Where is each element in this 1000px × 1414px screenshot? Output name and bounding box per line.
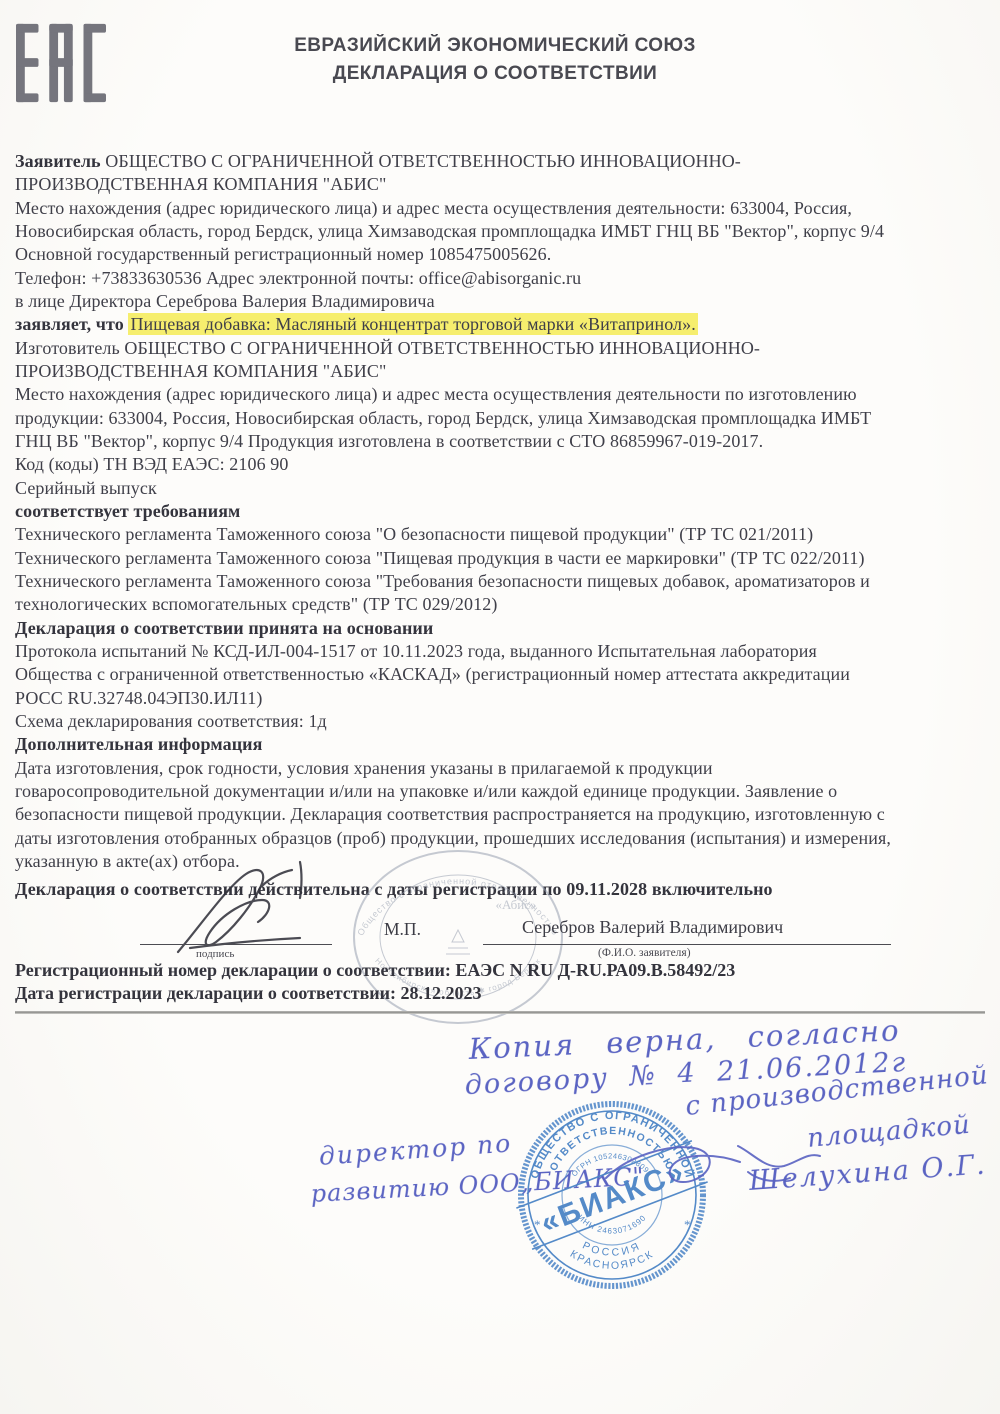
doc-line: Общества с ограниченной ответственностью… [15,663,993,686]
document-title: ЕВРАЗИЙСКИЙ ЭКОНОМИЧЕСКИЙ СОЮЗ ДЕКЛАРАЦИ… [250,32,740,88]
highlighted-product-text: Пищевая добавка: Масляный концентрат тор… [128,313,697,335]
declaration-document: ЕВРАЗИЙСКИЙ ЭКОНОМИЧЕСКИЙ СОЮЗ ДЕКЛАРАЦИ… [0,0,1000,1414]
doc-line: Телефон: +73833630536 Адрес электронной … [15,267,993,290]
doc-line: Декларация о соответствии принята на осн… [15,617,993,640]
biaks-stamp-star-left: * [534,1217,541,1232]
doc-line: ГНЦ ВБ "Вектор", корпус 9/4 Продукция из… [15,430,993,453]
doc-line: Код (коды) ТН ВЭД ЕАЭС: 2106 90 [15,453,993,476]
title-declaration: ДЕКЛАРАЦИЯ О СООТВЕТСТВИИ [250,60,740,88]
doc-line: в лице Директора Сереброва Валерия Влади… [15,290,993,313]
doc-line: технологических вспомогательных средств"… [15,593,993,616]
doc-line: безопасности пищевой продукции. Декларац… [15,803,993,826]
eac-logo-icon [16,20,106,106]
biaks-signature [598,1126,828,1206]
doc-line: Место нахождения (адрес юридического лиц… [15,383,993,406]
doc-line: РОСС RU.32748.04ЭП30.ИЛ11) [15,687,993,710]
doc-line: Дата изготовления, срок годности, услови… [15,757,993,780]
doc-line: Основной государственный регистрационный… [15,243,993,266]
doc-line-highlighted: заявляет, что Пищевая добавка: Масляный … [15,313,993,336]
doc-line: Технического регламента Таможенного союз… [15,523,993,546]
doc-line: Изготовитель ОБЩЕСТВО С ОГРАНИЧЕННОЙ ОТВ… [15,337,993,360]
stamp-place-label: М.П. [384,919,421,940]
applicant-signature [150,856,350,961]
applicant-name: Серебров Валерий Владимирович [522,917,783,938]
doc-line: Место нахождения (адрес юридического лиц… [15,197,993,220]
doc-line: Дополнительная информация [15,733,993,756]
svg-text:РОССИЯ: РОССИЯ [580,1240,643,1259]
handwriting-site-note: площадкой [806,1110,972,1154]
doc-line: Схема декларирования соответствия: 1д [15,710,993,733]
handwriting-director-note: директор по [318,1128,513,1170]
doc-line: Заявитель ОБЩЕСТВО С ОГРАНИЧЕННОЙ ОТВЕТС… [15,150,993,173]
doc-line: Серийный выпуск [15,477,993,500]
signature-caption: подпись [196,948,234,960]
biaks-stamp-country: РОССИЯ [580,1240,643,1259]
doc-line: говаросопроводительной документации и/ил… [15,780,993,803]
fio-caption: (Ф.И.О. заявителя) [598,947,691,959]
title-union: ЕВРАЗИЙСКИЙ ЭКОНОМИЧЕСКИЙ СОЮЗ [250,32,740,60]
doc-line: соответствует требованиям [15,500,993,523]
registration-date-line: Дата регистрации декларации о соответств… [15,983,482,1004]
doc-line: продукции: 633004, Россия, Новосибирская… [15,407,993,430]
doc-line: Технического регламента Таможенного союз… [15,570,993,593]
registration-number-line: Регистрационный номер декларации о соотв… [15,960,735,981]
biaks-stamp-star-right: * [684,1217,691,1232]
doc-line: Новосибирская область, город Бердск, ули… [15,220,993,243]
doc-line: ПРОИЗВОДСТВЕННАЯ КОМПАНИЯ "АБИС" [15,173,993,196]
doc-line: Протокола испытаний № КСД-ИЛ-004-1517 от… [15,640,993,663]
abis-stamp-name: «Абис» [495,897,536,912]
fio-line [483,944,891,945]
doc-line: Технического регламента Таможенного союз… [15,547,993,570]
signature-line [140,944,332,945]
document-body: Заявитель ОБЩЕСТВО С ОГРАНИЧЕННОЙ ОТВЕТС… [15,150,993,873]
doc-line: ПРОИЗВОДСТВЕННАЯ КОМПАНИЯ "АБИС" [15,360,993,383]
horizontal-rule [15,1011,985,1014]
